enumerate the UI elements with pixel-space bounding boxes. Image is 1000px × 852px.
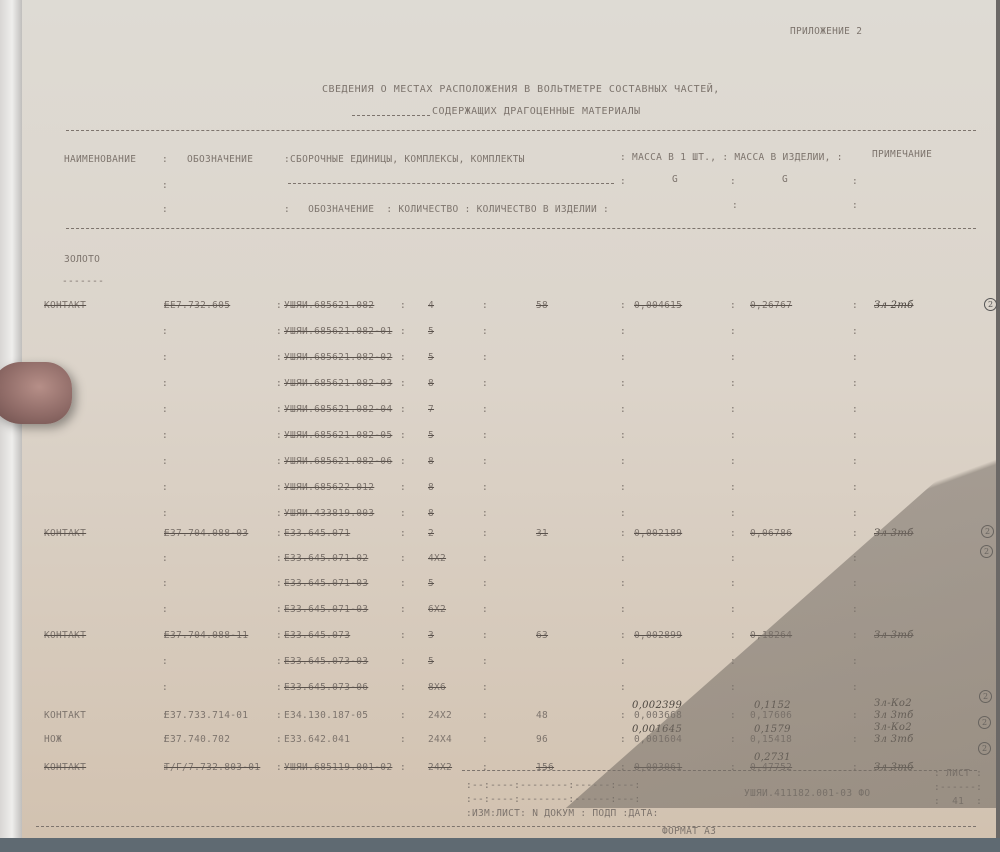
row-note: Зл 3mб: [874, 762, 914, 773]
row-sub-designation: Е34.130.187-05: [284, 710, 368, 721]
row-quantity: 7: [428, 404, 434, 415]
document-title-line2: СОДЕРЖАЩИХ ДРАГОЦЕННЫЕ МАТЕРИАЛЫ: [432, 106, 641, 117]
row-mass-product: 0,26767: [750, 300, 792, 311]
row-quantity: 8: [428, 482, 434, 493]
row-quantity: 8: [428, 508, 434, 519]
header-quantity: КОЛИЧЕСТВО: [398, 204, 458, 215]
row-sub-designation: Е33.645.071-03: [284, 578, 368, 589]
header-name: НАИМЕНОВАНИЕ: [64, 154, 136, 165]
folded-page-corner: [566, 428, 996, 808]
row-mass-unit: 0,003668: [634, 710, 682, 721]
section-material: ЗОЛОТО: [64, 254, 100, 265]
row-sub-prefix: :: [276, 682, 282, 693]
format-label: ФОРМАТ А3: [662, 826, 716, 837]
row-name: КОНТАКТ: [44, 762, 86, 773]
row-sub-prefix: :: [276, 508, 282, 519]
sheet-number: 41: [952, 796, 964, 807]
signature-fields: :ИЗМ:ЛИСТ: N ДОКУМ : ПОДП :ДАТА:: [466, 808, 659, 819]
row-sub-prefix: :: [276, 656, 282, 667]
row-quantity-product: 58: [536, 300, 548, 311]
footer-bottom-rule: [36, 826, 976, 827]
row-quantity: 4Х2: [428, 553, 446, 564]
row-sub-designation: УШЯИ.685621.082-02: [284, 352, 392, 363]
header-subrule: [288, 183, 614, 184]
row-sub-prefix: :: [276, 326, 282, 337]
row-quantity: 8: [428, 456, 434, 467]
footer-top-rule: [462, 770, 977, 771]
row-name: КОНТАКТ: [44, 710, 86, 721]
row-sub-prefix: :: [276, 456, 282, 467]
row-note: Зл 2mб: [874, 300, 914, 311]
row-sub-prefix: :: [276, 404, 282, 415]
row-sub-prefix: :: [276, 630, 282, 641]
row-note: Зл 3mб: [874, 528, 914, 539]
document-page: ПРИЛОЖЕНИЕ 2 СВЕДЕНИЯ О МЕСТАХ РАСПОЛОЖЕ…: [22, 0, 996, 838]
row-note: Зл 3mб: [874, 630, 914, 641]
row-sub-prefix: :: [276, 378, 282, 389]
row-sub-prefix: :: [276, 553, 282, 564]
row-sub-designation: УШЯИ.685621.082-04: [284, 404, 392, 415]
row-quantity-product: 156: [536, 762, 554, 773]
row-quantity-product: 96: [536, 734, 548, 745]
row-designation: Е37.704.088-11: [164, 630, 248, 641]
row-sub-designation: Е33.642.041: [284, 734, 350, 745]
row-quantity: 24Х2: [428, 762, 452, 773]
row-mass-product: 0,47752: [750, 762, 792, 773]
row-sub-designation: Е33.645.071-03: [284, 604, 368, 615]
header-mass-unit-g: G: [672, 174, 678, 185]
row-sub-prefix: :: [276, 604, 282, 615]
row-note: Зл 3mб: [874, 710, 914, 721]
row-quantity: 5: [428, 656, 434, 667]
row-name: НОЖ: [44, 734, 62, 745]
row-name: КОНТАКТ: [44, 528, 86, 539]
row-sub-designation: Е33.645.073: [284, 630, 350, 641]
document-number: УШЯИ.411182.001-03 ФО: [744, 788, 870, 799]
row-mass-product: 0,15418: [750, 734, 792, 745]
row-quantity: 5: [428, 326, 434, 337]
finger: [0, 362, 72, 424]
row-sub-prefix: :: [276, 430, 282, 441]
row-sub-designation: УШЯИ.685622.012: [284, 482, 374, 493]
header-note: ПРИМЕЧАНИЕ: [872, 149, 932, 160]
row-quantity: 5: [428, 430, 434, 441]
row-quantity: 24Х2: [428, 710, 452, 721]
row-note: Зл 3mб: [874, 734, 914, 745]
row-sub-designation: УШЯИ.685119.001-02: [284, 762, 392, 773]
row-quantity: 6Х2: [428, 604, 446, 615]
row-note-corrected: Зл-Ко2: [874, 722, 912, 733]
row-mass-unit: 0,001604: [634, 734, 682, 745]
header-assemblies: СБОРОЧНЫЕ ЕДИНИЦЫ, КОМПЛЕКСЫ, КОМПЛЕКТЫ: [290, 154, 525, 165]
row-sub-prefix: :: [276, 300, 282, 311]
title-underline: [352, 115, 430, 116]
row-quantity: 3: [428, 630, 434, 641]
row-designation: Е37.704.088-03: [164, 528, 248, 539]
row-designation: Е37.733.714-01: [164, 710, 248, 721]
header-sub-designation: ОБОЗНАЧЕНИЕ: [308, 204, 374, 215]
table-top-rule: [66, 130, 976, 131]
row-sub-designation: Е33.645.073-03: [284, 656, 368, 667]
row-sub-prefix: :: [276, 578, 282, 589]
document-title-line1: СВЕДЕНИЯ О МЕСТАХ РАСПОЛОЖЕНИЯ В ВОЛЬТМЕ…: [322, 84, 720, 95]
row-sub-designation: УШЯИ.685621.082-06: [284, 456, 392, 467]
header-quantity-product: КОЛИЧЕСТВО В ИЗДЕЛИИ: [477, 204, 597, 215]
row-quantity-product: 48: [536, 710, 548, 721]
row-sub-designation: УШЯИ.685621.082-01: [284, 326, 392, 337]
row-sub-designation: Е33.645.071-02: [284, 553, 368, 564]
header-mass-product: МАССА В ИЗДЕЛИИ,: [734, 152, 830, 163]
header-designation: ОБОЗНАЧЕНИЕ: [187, 154, 253, 165]
row-quantity: 4: [428, 300, 434, 311]
desk-surface: [0, 838, 1000, 852]
row-designation: Т/Г/7.732.803-01: [164, 762, 260, 773]
sheet-label: ЛИСТ: [946, 768, 970, 779]
row-sub-prefix: :: [276, 528, 282, 539]
row-designation: ЕЕ7.732.605: [164, 300, 230, 311]
row-name: КОНТАКТ: [44, 630, 86, 641]
row-quantity: 5: [428, 578, 434, 589]
row-mass-unit: 0,002899: [634, 630, 682, 641]
row-sub-designation: УШЯИ.685621.082: [284, 300, 374, 311]
row-sub-prefix: :: [276, 762, 282, 773]
row-quantity: 5: [428, 352, 434, 363]
row-quantity: 8: [428, 378, 434, 389]
section-underline: -------: [62, 276, 104, 287]
row-sub-designation: УШЯИ.685621.082-05: [284, 430, 392, 441]
row-sub-designation: УШЯИ.685621.082-03: [284, 378, 392, 389]
row-quantity: 2: [428, 528, 434, 539]
row-name: КОНТАКТ: [44, 300, 86, 311]
row-quantity-product: 31: [536, 528, 548, 539]
row-sub-prefix: :: [276, 734, 282, 745]
row-mass-unit: 0,002189: [634, 528, 682, 539]
row-sub-prefix: :: [276, 352, 282, 363]
row-sub-prefix: :: [276, 482, 282, 493]
row-mass-product: 0,18264: [750, 630, 792, 641]
row-sub-designation: УШЯИ.433819.003: [284, 508, 374, 519]
row-quantity: 24Х4: [428, 734, 452, 745]
row-sub-designation: Е33.645.071: [284, 528, 350, 539]
row-mass-product: 0,17606: [750, 710, 792, 721]
row-designation: Е37.740.702: [164, 734, 230, 745]
row-sub-prefix: :: [276, 710, 282, 721]
row-quantity-product: 63: [536, 630, 548, 641]
header-mass-unit: МАССА В 1 ШТ.,: [632, 152, 716, 163]
row-note-corrected: Зл-Ко2: [874, 698, 912, 709]
header-bottom-rule: [66, 228, 976, 229]
header-mass-product-g: G: [782, 174, 788, 185]
row-sub-designation: Е33.645.073-06: [284, 682, 368, 693]
appendix-label: ПРИЛОЖЕНИЕ 2: [790, 26, 862, 37]
row-mass-product: 0,06786: [750, 528, 792, 539]
row-mass-unit: 0,004615: [634, 300, 682, 311]
row-mass-unit: 0,003061: [634, 762, 682, 773]
row-quantity: 8Х6: [428, 682, 446, 693]
